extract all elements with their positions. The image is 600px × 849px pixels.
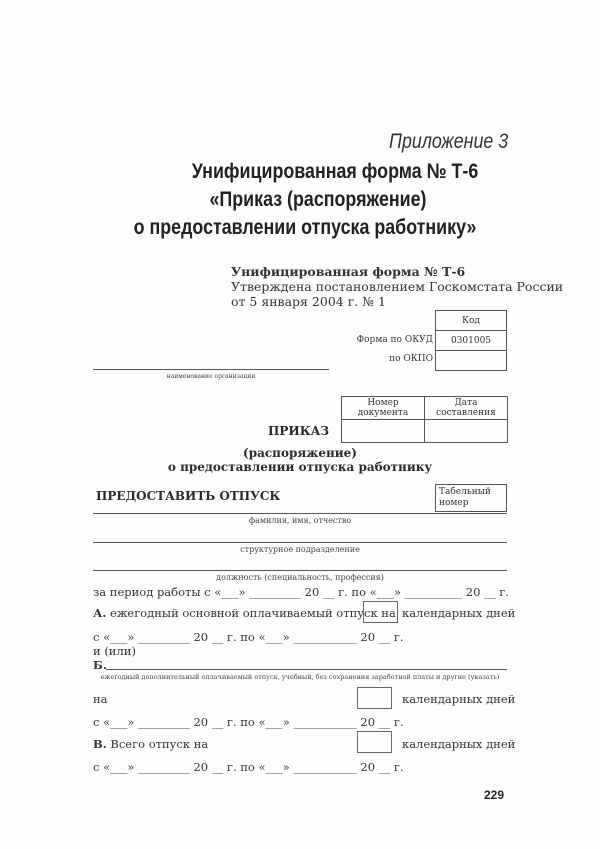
org-name-line[interactable]	[93, 369, 329, 370]
approved-line-1: Утверждена постановлением Госкомстата Ро…	[231, 279, 563, 294]
section-v-days-label: календарных дней	[402, 737, 515, 751]
doc-number-field[interactable]	[342, 420, 425, 443]
section-v-days-box[interactable]	[357, 731, 392, 753]
order-subtitle-2: о предоставлении отпуска работнику	[0, 460, 600, 474]
doc-date-field[interactable]	[425, 420, 508, 443]
section-a-dates-row[interactable]: с «___» _________ 20 __ г. по «___» ____…	[93, 630, 404, 644]
position-line[interactable]	[93, 570, 507, 571]
section-a-label: А.	[93, 606, 106, 620]
okpo-label: по ОКПО	[389, 354, 433, 364]
section-v-dates-row[interactable]: с «___» _________ 20 __ г. по «___» ____…	[93, 760, 404, 774]
code-table: Код 0301005	[435, 310, 507, 371]
page-title-line-2: «Приказ (распоряжение)	[63, 188, 573, 212]
doc-date-header: Дата составления	[425, 397, 508, 420]
form-name: Унифицированная форма № Т-6	[231, 264, 465, 279]
okud-label: Форма по ОКУД	[357, 335, 433, 345]
form-header: Унифицированная форма № Т-6 Утверждена п…	[231, 264, 563, 309]
work-period-row[interactable]: за период работы с «___» _________ 20 __…	[93, 585, 509, 599]
dept-line[interactable]	[93, 542, 507, 543]
section-a-days-label: календарных дней	[402, 606, 515, 620]
section-b-on: на	[93, 692, 108, 706]
order-title: ПРИКАЗ	[268, 424, 329, 438]
section-a-text: ежегодный основной оплачиваемый отпуск н…	[106, 606, 395, 620]
section-b-letter: Б.	[93, 658, 107, 672]
tab-number-box[interactable]: Табельный номер	[435, 484, 507, 512]
doc-number-header: Номер документа	[342, 397, 425, 420]
section-v-text: Всего отпуск на	[107, 737, 208, 751]
document-table: Номер документа Дата составления	[341, 396, 508, 443]
section-b-dates-row[interactable]: с «___» _________ 20 __ г. по «___» ____…	[93, 715, 404, 729]
section-a-row: А. ежегодный основной оплачиваемый отпус…	[93, 606, 396, 620]
fio-caption: фамилия, имя, отчество	[93, 516, 507, 525]
section-v-row: В. Всего отпуск на	[93, 737, 208, 751]
appendix-label: Приложение 3	[389, 130, 508, 154]
okud-value[interactable]: 0301005	[436, 331, 507, 351]
section-v-label: В.	[93, 737, 107, 751]
and-or-text: и (или)	[93, 644, 136, 658]
section-b-label: Б.	[93, 658, 107, 672]
dept-caption: структурное подразделение	[93, 545, 507, 554]
page-title-line-1: Унифицированная форма № Т-6	[80, 160, 590, 184]
approved-line-2: от 5 января 2004 г. № 1	[231, 294, 563, 309]
grant-leave-heading: ПРЕДОСТАВИТЬ ОТПУСК	[96, 489, 280, 503]
page-number: 229	[484, 788, 504, 802]
section-b-days-label: календарных дней	[402, 692, 515, 706]
section-b-days-box[interactable]	[357, 687, 392, 709]
section-a-days-box[interactable]	[363, 601, 398, 623]
order-subtitle-1: (распоряжение)	[0, 446, 600, 460]
position-caption: должность (специальность, профессия)	[93, 573, 507, 582]
code-header: Код	[436, 311, 507, 331]
org-caption: наименование организации	[93, 373, 329, 380]
fio-line[interactable]	[93, 513, 507, 514]
okpo-value[interactable]	[436, 351, 507, 371]
section-b-caption: ежегодный дополнительный оплачиваемый от…	[93, 673, 507, 681]
page-title-line-3: о предоставлении отпуска работнику»	[50, 216, 560, 240]
section-b-type-line[interactable]	[106, 669, 507, 670]
